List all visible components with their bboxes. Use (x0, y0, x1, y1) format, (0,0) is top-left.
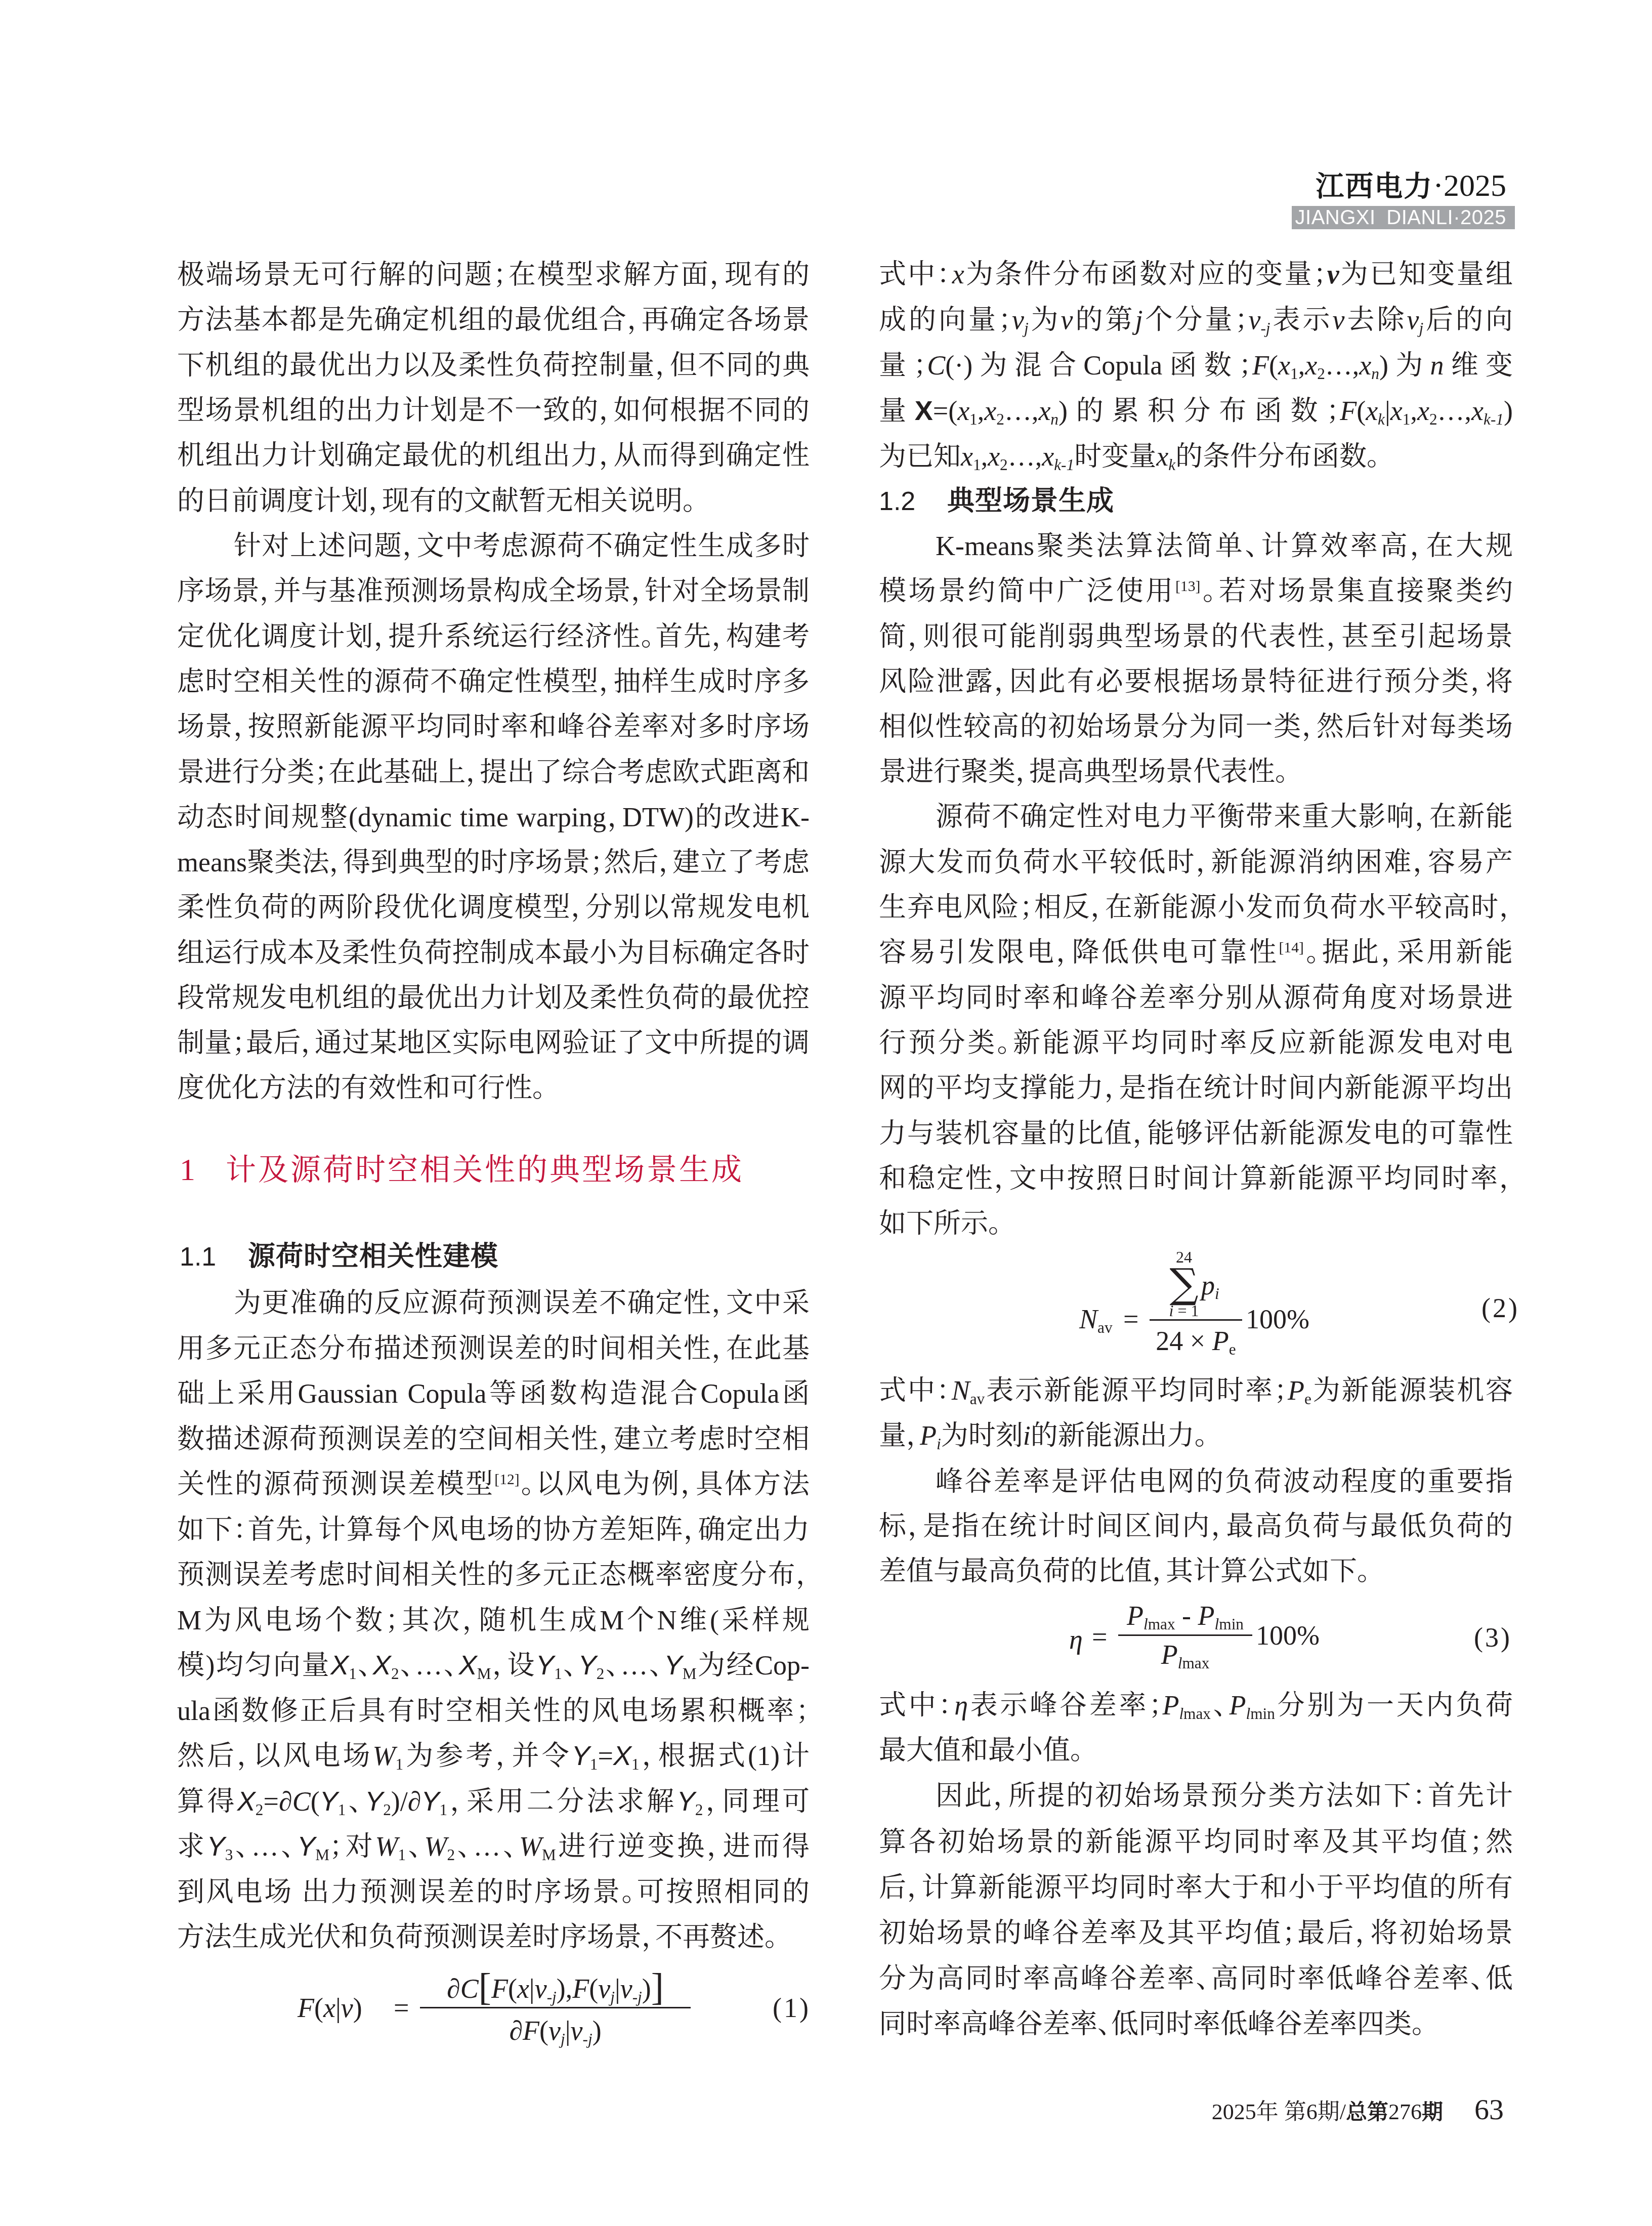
text-line: 如下：首先，计算每个风电场的协方差矩阵，确定出力 (177, 1507, 810, 1552)
math-symbol: i (1169, 1301, 1174, 1320)
subsection-title: 源荷时空相关性建模 (248, 1240, 498, 1272)
text-line: 关性的源荷预测误差模型[12]。以风电为例，具体方法 (177, 1461, 810, 1507)
math-symbol: M (542, 1846, 556, 1864)
subsection-title: 典型场景生成 (947, 485, 1114, 517)
equals-sign: = (1092, 1619, 1107, 1655)
math-symbol: i (1023, 1420, 1031, 1451)
text-line: 序场景，并与基准预测场景构成全场景，针对全场景制 (177, 568, 810, 614)
text-line: 差值与最高负荷的比值，其计算公式如下。 (879, 1548, 1513, 1594)
math-symbol: x (961, 441, 973, 472)
math-symbol: X (373, 1650, 391, 1681)
math-symbol: Y (536, 1650, 554, 1681)
math-symbol: W (373, 1741, 396, 1771)
math-symbol: l (1215, 1615, 1219, 1633)
text-line: 同时率高峰谷差率、低同时率低峰谷差率四类。 (879, 2001, 1513, 2047)
equation-lhs: η (1069, 1622, 1083, 1657)
math-symbol: W (425, 1831, 447, 1862)
math-symbol: x (1366, 396, 1378, 426)
math-symbol: x (1471, 396, 1484, 426)
fraction-bar (420, 2007, 691, 2008)
math-symbol: F (1340, 396, 1357, 426)
math-symbol: max (1148, 1615, 1175, 1633)
text-line: 场景，按照新能源平均同时率和峰谷差率对多时序场 (177, 704, 810, 749)
math-symbol: v (341, 1993, 353, 2023)
text-line: 和稳定性，文中按照日时间计算新能源平均同时率， (879, 1156, 1513, 1201)
subsection-number: 1.2 (879, 481, 947, 522)
text-line: 行预分类。新能源平均同时率反应新能源发电对电 (879, 1020, 1513, 1066)
math-symbol: η (954, 1690, 968, 1720)
math-symbol: 2 (447, 1846, 455, 1864)
math-symbol: Y (677, 1786, 695, 1817)
journal-title: 江西电力·2025 (1316, 170, 1506, 201)
math-symbol: j (1419, 319, 1423, 337)
math-symbol: 3 (225, 1846, 233, 1864)
math-symbol: 1 (396, 1755, 404, 1773)
fraction-denominator: ∂F(vj|v-j) (420, 2013, 691, 2048)
math-symbol: v (598, 1973, 610, 2004)
math-symbol: l (1246, 1705, 1251, 1723)
math-symbol: 1 (440, 1801, 448, 1819)
math-symbol: M (683, 1665, 697, 1683)
math-symbol: W (375, 1831, 398, 1862)
math-symbol: 2 (391, 1665, 399, 1683)
text-line: 风险泄露，因此有必要根据场景特征进行预分类，将 (879, 659, 1513, 704)
text-line: 后，计算新能源平均同时率大于和小于平均值的所有 (879, 1865, 1513, 1910)
page-footer: 2025年 第6期/总第276期63 (1212, 2093, 1504, 2126)
fraction-numerator: ∂C[F(x|v-j),F(vj|v-j)] (420, 1971, 691, 2006)
math-symbol: X (237, 1786, 256, 1817)
text-line: 生弃电风险；相反，在新能源小发而负荷水平较高时， (879, 885, 1513, 930)
equation-number: (3) (1474, 1620, 1512, 1655)
subsection-number: 1.1 (180, 1237, 248, 1277)
sigma-icon: ∑ (1169, 1266, 1198, 1301)
text-line: 源大发而负荷水平较低时，新能源消纳困难，容易产 (879, 839, 1513, 885)
text-line: 度优化方法的有效性和可行性。 (177, 1065, 810, 1111)
math-symbol: [13] (1175, 578, 1200, 595)
journal-name: 江西电力 (1316, 170, 1433, 203)
math-symbol: v (1327, 259, 1339, 289)
math-symbol: 1 (398, 1846, 406, 1864)
text-line: 定优化调度计划，提升系统运行经济性。首先，构建考 (177, 614, 810, 659)
math-symbol: 1 (631, 1755, 640, 1773)
text-line: 为已知x1,x2…,xk-1时变量xk的条件分布函数。 (879, 434, 1513, 479)
math-symbol: x (1305, 350, 1317, 381)
math-symbol: x (1038, 396, 1050, 426)
math-symbol: k-1 (1054, 456, 1074, 474)
text-line: 模)均匀向量X1、X2、…、XM，设Y1、Y2、…、YM为经Cop- (177, 1643, 810, 1688)
math-symbol: x (1278, 350, 1290, 381)
math-symbol: x (1417, 396, 1429, 426)
text-line: 求Y3、…、YM；对W1、W2、…、WM进行逆变换，进而得 (177, 1824, 810, 1869)
math-symbol: P (1230, 1690, 1246, 1720)
text-line: 初始场景的峰谷差率及其平均值；最后，将初始场景 (879, 1910, 1513, 1956)
math-symbol: 1 (554, 1665, 562, 1683)
math-symbol: 1 (1403, 410, 1411, 428)
math-symbol: p (1201, 1270, 1215, 1300)
math-symbol: P (1127, 1601, 1143, 1631)
sum-lower-limit: i = 1 (1169, 1301, 1199, 1320)
math-symbol: l (1179, 1705, 1183, 1723)
text-line: 分为高同时率高峰谷差率、高同时率低峰谷差率、低 (879, 1956, 1513, 2001)
math-symbol: Y (421, 1786, 439, 1817)
math-symbol: Y (320, 1786, 338, 1817)
text-line: 动态时间规整(dynamic time warping，DTW)的改进K- (177, 794, 810, 840)
math-symbol: [ (479, 1966, 491, 2008)
text-line: 源平均同时率和峰谷差率分别从源荷角度对场景进 (879, 975, 1513, 1021)
percent-suffix: 100% (1256, 1618, 1320, 1653)
text-line: 型场景机组的出力计划是不一致的，如何根据不同的 (177, 388, 810, 433)
journal-english-name: JIANGXI DIANLI·2025 (1295, 206, 1506, 229)
math-symbol: P (1161, 1640, 1178, 1670)
equation-lhs: Nav (1079, 1301, 1113, 1337)
math-symbol: P (1162, 1690, 1179, 1720)
text-line: 式中：Nav表示新能源平均同时率；Pe为新能源装机容 (879, 1368, 1513, 1413)
subsection-heading: 1.1源荷时空相关性建模 (180, 1236, 498, 1277)
math-symbol: -j (547, 1988, 557, 2006)
math-symbol: M (315, 1846, 329, 1864)
text-line: 础上采用Gaussian Copula等函数构造混合Copula函 (177, 1371, 810, 1416)
text-line: 容易引发限电，降低供电可靠性[14]。据此，采用新能 (879, 930, 1513, 975)
text-line: 如下所示。 (879, 1201, 1513, 1246)
math-symbol: -j (1260, 319, 1270, 337)
math-symbol: e (1304, 1390, 1311, 1408)
math-symbol: -j (632, 1988, 642, 2006)
section-title: 计及源荷时空相关性的典型场景生成 (226, 1152, 744, 1188)
math-symbol: j (1024, 319, 1029, 337)
math-symbol: X (330, 1650, 349, 1681)
math-symbol: v (1248, 305, 1260, 335)
math-symbol: W (519, 1831, 542, 1862)
text-line: 的日前调度计划，现有的文献暂无相关说明。 (177, 478, 810, 524)
math-symbol: x (1156, 441, 1168, 472)
subsection-heading: 1.2典型场景生成 (879, 481, 1114, 521)
text-line: 算得X2=∂C(Y1、Y2)/∂Y1，采用二分法求解Y2，同理可 (177, 1779, 810, 1824)
math-symbol: Y (578, 1650, 597, 1681)
journal-year: ·2025 (1433, 169, 1506, 203)
math-symbol: x (1390, 396, 1403, 426)
text-line: 预测误差考虑时间相关性的多元正态概率密度分布， (177, 1552, 810, 1598)
math-symbol: x (323, 1993, 335, 2023)
math-symbol: min (1250, 1705, 1275, 1723)
text-line: 用多元正态分布描述预测误差的时间相关性，在此基 (177, 1326, 810, 1371)
math-symbol: X (459, 1650, 477, 1681)
math-symbol: X (915, 396, 933, 426)
math-symbol: v (535, 1973, 547, 2004)
math-symbol: max (1183, 1705, 1211, 1723)
text-line: 景进行聚类，提高典型场景代表性。 (879, 749, 1513, 794)
math-symbol: F (1252, 350, 1269, 381)
text-line: 模场景约简中广泛使用[13]。若对场景集直接聚类约 (879, 568, 1513, 614)
text-line: 简，则很可能削弱典型场景的代表性，甚至引起场景 (879, 614, 1513, 659)
math-symbol: X (613, 1741, 631, 1771)
text-line: 相似性较高的初始场景分为同一类，然后针对每类场 (879, 704, 1513, 749)
math-symbol: e (1229, 1340, 1236, 1358)
math-symbol: n (1371, 365, 1379, 383)
text-line: 方法生成光伏和负荷预测误差时序场景，不再赘述。 (177, 1914, 810, 1960)
text-line: 式中：η表示峰谷差率；Plmax、Plmin分别为一天内负荷 (879, 1683, 1513, 1728)
text-line: 极端场景无可行解的问题；在模型求解方面，现有的 (177, 252, 810, 298)
total-issue-prefix: 总第 (1346, 2099, 1388, 2124)
math-symbol: n (1050, 410, 1058, 428)
math-symbol: P (1288, 1375, 1304, 1406)
math-symbol: x (517, 1973, 529, 2004)
equals-sign: = (394, 1990, 409, 2026)
summation: 24 ∑ i = 1 (1163, 1248, 1205, 1320)
journal-english-band: JIANGXI DIANLI·2025 (1292, 206, 1515, 229)
math-symbol: x (1042, 441, 1054, 472)
math-symbol: v (1061, 305, 1073, 335)
fraction-bar (1150, 1319, 1242, 1321)
text-line: 源荷不确定性对电力平衡带来重大影响，在新能 (879, 794, 1513, 839)
equation-number: (1) (773, 1990, 811, 2026)
text-line: 力与装机容量的比值，能够评估新能源发电的可靠性 (879, 1111, 1513, 1156)
text-line: 量；C(·)为混合Copula函数；F(x1,x2…,xn)为n维变 (879, 343, 1513, 388)
text-line: 段常规发电机组的最优出力计划及柔性负荷的最优控 (177, 975, 810, 1021)
math-symbol: min (1219, 1615, 1244, 1633)
text-line: 式中：x为条件分布函数对应的变量；v为已知变量组 (879, 251, 1513, 297)
journal-page: 江西电力·2025 JIANGXI DIANLI·2025 极端场景无可行解的问… (0, 0, 1652, 2226)
math-symbol: 2 (996, 410, 1004, 428)
math-symbol: j (1135, 305, 1143, 335)
text-line: 制量；最后，通过某地区实际电网验证了文中所提的调 (177, 1020, 810, 1066)
equation-number: (2) (1481, 1290, 1519, 1326)
math-symbol: [12] (494, 1472, 519, 1488)
math-symbol: 1 (590, 1755, 598, 1773)
text-line: 景进行分类；在此基础上，提出了综合考虑欧式距离和 (177, 749, 810, 795)
fraction-bar (1118, 1634, 1252, 1636)
text-line: 量，Pi为时刻i的新能源出力。 (879, 1413, 1513, 1458)
math-symbol: M (477, 1665, 491, 1683)
equation-lhs: F(x|v) (298, 1990, 362, 2026)
math-symbol: Y (365, 1786, 383, 1817)
math-symbol: v (571, 2015, 583, 2046)
math-symbol: n (1430, 350, 1444, 381)
text-line: K-means聚类法算法简单、计算效率高，在大规 (879, 523, 1513, 569)
fraction-denominator: 24 × Pe (1150, 1325, 1242, 1357)
math-symbol: j (561, 2030, 565, 2048)
math-symbol: x (957, 396, 969, 426)
math-symbol: Y (572, 1741, 590, 1771)
fraction-numerator: Plmax - Plmin (1118, 1598, 1252, 1633)
text-line: 网的平均支撑能力，是指在统计时间内新能源平均出 (879, 1065, 1513, 1111)
math-symbol: N (1079, 1304, 1097, 1334)
math-symbol: F (572, 1973, 589, 2004)
math-symbol: x (1359, 350, 1371, 381)
math-symbol: l (1143, 1615, 1148, 1633)
math-symbol: v (1012, 305, 1024, 335)
section-heading: 1计及源荷时空相关性的典型场景生成 (180, 1150, 744, 1190)
math-symbol: Y (297, 1831, 315, 1862)
text-line: M为风电场个数；其次，随机生成M个N维(采样规 (177, 1598, 810, 1643)
text-line: 因此，所提的初始场景预分类方法如下：首先计 (879, 1773, 1513, 1819)
math-symbol: [14] (1279, 940, 1303, 956)
text-line: 到风电场 出力预测误差的时序场景。可按照相同的 (177, 1869, 810, 1915)
fraction-denominator: Plmax (1118, 1639, 1252, 1671)
math-symbol: 2 (597, 1665, 605, 1683)
math-symbol: x (984, 396, 996, 426)
math-symbol: F (523, 2015, 539, 2046)
math-symbol: C (292, 1786, 311, 1817)
math-symbol: av (970, 1390, 985, 1408)
text-line: 柔性负荷的两阶段优化调度模型，分别以常规发电机 (177, 885, 810, 930)
text-line: 为更准确的反应源荷预测误差不确定性，文中采 (177, 1280, 810, 1326)
math-symbol: i (937, 1435, 941, 1453)
sum-term: pi (1201, 1268, 1219, 1303)
math-symbol: Y (207, 1831, 225, 1862)
section-number: 1 (180, 1150, 226, 1190)
math-symbol: k (1168, 456, 1175, 474)
math-symbol: ] (651, 1966, 664, 2008)
total-issue-suffix: 期 (1422, 2099, 1443, 2124)
math-symbol: 2 (383, 1801, 391, 1819)
math-symbol: 2 (695, 1801, 703, 1819)
math-symbol: N (952, 1375, 970, 1406)
math-symbol: 1 (973, 456, 981, 474)
math-symbol: j (610, 1988, 615, 2006)
math-symbol: v (1333, 305, 1345, 335)
text-line: 量X=(x1,x2…,xn)的累积分布函数；F(xk|x1,x2…,xk-1) (879, 388, 1513, 434)
page-number: 63 (1474, 2093, 1504, 2126)
text-line: 数描述源荷预测误差的空间相关性，建立考虑时空相 (177, 1416, 810, 1462)
text-line: means聚类法，得到典型的时序场景；然后，建立了考虑 (177, 839, 810, 885)
math-symbol: F (491, 1973, 508, 2004)
text-line: 最大值和最小值。 (879, 1728, 1513, 1773)
math-symbol: x (952, 259, 964, 289)
text-line: 机组出力计划确定最优的机组出力，从而得到确定性 (177, 433, 810, 478)
text-line: 算各初始场景的新能源平均同时率及其平均值；然 (879, 1819, 1513, 1865)
text-line: 下机组的最优出力以及柔性负荷控制量，但不同的典 (177, 343, 810, 388)
math-symbol: 2 (1429, 410, 1437, 428)
issue-label: 2025年 第6期/ (1212, 2099, 1346, 2124)
text-line: 方法基本都是先确定机组的最优组合，再确定各场景 (177, 297, 810, 343)
math-symbol: 2 (1000, 456, 1008, 474)
math-symbol: 1 (969, 410, 978, 428)
math-symbol: v (548, 2015, 561, 2046)
math-symbol: P (1198, 1601, 1215, 1631)
math-symbol: F (298, 1993, 314, 2023)
math-symbol: i (1215, 1285, 1219, 1303)
text-line: 组运行成本及柔性负荷控制成本最小为目标确定各时 (177, 930, 810, 976)
math-symbol: C (460, 1973, 479, 2004)
math-symbol: v (620, 1973, 632, 2004)
text-line: 成的向量；vj为v的第j个分量；v-j表示v去除vj后的向 (879, 297, 1513, 343)
math-symbol: η (1069, 1624, 1083, 1655)
math-symbol: P (920, 1420, 937, 1451)
math-symbol: max (1182, 1654, 1209, 1672)
math-symbol: Y (664, 1650, 683, 1681)
text-line: 然后，以风电场W1为参考，并令Y1=X1，根据式(1)计 (177, 1733, 810, 1779)
math-symbol: -j (583, 2030, 592, 2048)
text-line: 峰谷差率是评估电网的负荷波动程度的重要指 (879, 1459, 1513, 1504)
percent-suffix: 100% (1246, 1301, 1309, 1337)
math-symbol: 2 (256, 1801, 264, 1819)
math-symbol: x (988, 441, 1000, 472)
math-symbol: 1 (349, 1665, 357, 1683)
math-symbol: 1 (338, 1801, 346, 1819)
math-symbol: av (1097, 1319, 1113, 1336)
text-line: 针对上述问题，文中考虑源荷不确定性生成多时 (177, 523, 810, 569)
math-symbol: 2 (1317, 365, 1325, 383)
math-symbol: C (927, 350, 945, 381)
math-symbol: v (1407, 305, 1419, 335)
total-issue-number: 276 (1388, 2099, 1422, 2124)
text-line: 标，是指在统计时间区间内，最高负荷与最低负荷的 (879, 1503, 1513, 1549)
text-line: ula函数修正后具有时空相关性的风电场累积概率； (177, 1688, 810, 1734)
text-line: 虑时空相关性的源荷不确定性模型，抽样生成时序多 (177, 659, 810, 704)
math-symbol: 1 (1290, 365, 1298, 383)
equals-sign: = (1123, 1301, 1138, 1337)
math-symbol: k-1 (1484, 410, 1504, 428)
math-symbol: k (1378, 410, 1385, 428)
math-symbol: P (1212, 1326, 1229, 1356)
